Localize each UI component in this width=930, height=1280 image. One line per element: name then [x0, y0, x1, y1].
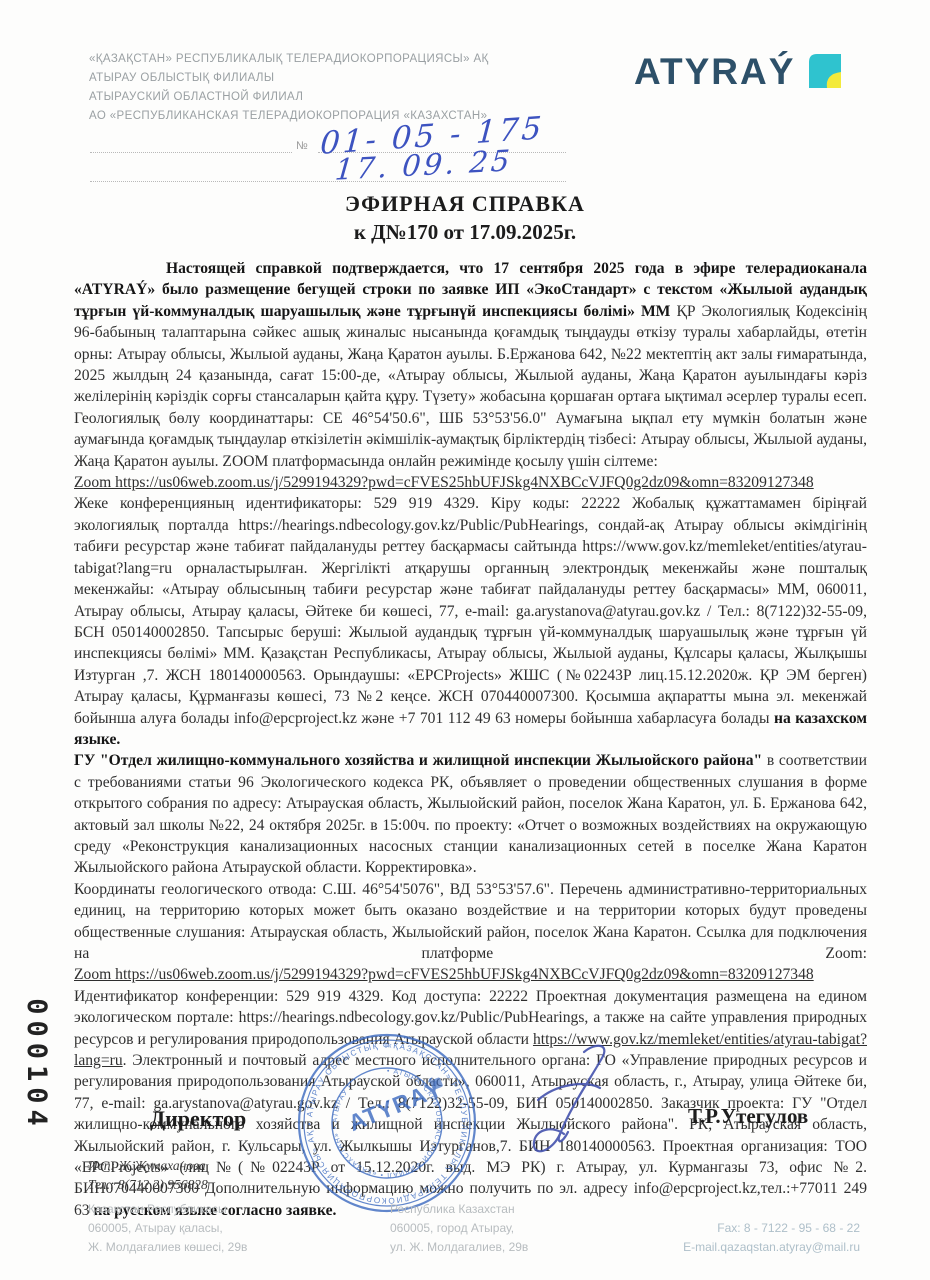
org-line-kk-2: АТЫРАУ ОБЛЫСТЫҚ ФИЛИАЛЫ: [89, 69, 489, 88]
footer-contact: Fax: 8 - 7122 - 95 - 68 - 22 E-mail.qaza…: [600, 1200, 860, 1257]
atyrau-logo: ATYRAÝ: [634, 52, 845, 95]
org-line-ru-1: АТЫРАУСКИЙ ОБЛАСТНОЙ ФИЛИАЛ: [89, 88, 489, 107]
logo-square-icon: [805, 52, 845, 95]
title-line-1: ЭФИРНАЯ СПРАВКА: [0, 191, 930, 217]
text-run: Zoom https://us06web.zoom.us/j/529919432…: [74, 474, 814, 491]
executor-phone-line: Тел.: 8(712 2) 956828: [88, 1175, 208, 1194]
text-run: в соответствии с требованиями статьи 96 …: [74, 752, 867, 876]
body-paragraph-kk-details: Жеке конференцияның идентификаторы: 529 …: [74, 493, 867, 750]
text-run: Жеке конференцияның идентификаторы: 529 …: [74, 495, 867, 726]
footer-address-kk: Қазақстан Республикасы 060005, Атырау қа…: [88, 1200, 247, 1257]
footer-email-line: E-mail.qazaqstan.atyray@mail.ru: [600, 1238, 860, 1257]
ref-underline-3: [90, 181, 566, 182]
footer-kk-line-1: Қазақстан Республикасы: [88, 1200, 247, 1219]
footer-kk-line-2: 060005, Атырау қаласы,: [88, 1219, 247, 1238]
footer-fax-line: Fax: 8 - 7122 - 95 - 68 - 22: [600, 1219, 860, 1238]
org-line-kk-1: «ҚАЗАҚСТАН» РЕСПУБЛИКАЛЫҚ ТЕЛЕРАДИОКОРПО…: [89, 50, 489, 69]
text-run: Zoom https://us06web.zoom.us/j/529919432…: [74, 966, 814, 983]
logo-wordmark: ATYRAÝ: [634, 52, 795, 92]
text-run: Координаты геологического отвода: С.Ш. 4…: [74, 881, 867, 962]
footer-kk-line-3: Ж. Молдағалиев көшесі, 29в: [88, 1238, 247, 1257]
director-label: Директор: [150, 1106, 246, 1132]
ref-underline-1: [90, 152, 292, 153]
text-run: ҚР Экологиялық Кодексінің 96-бабының тал…: [74, 303, 867, 470]
body-paragraph-kk-intro: Настоящей справкой подтверждается, что 1…: [74, 258, 867, 472]
footer-ru-line-3: ул. Ж. Молдагалиев, 29в: [390, 1238, 528, 1257]
footer-address-ru: Республика Казахстан 060005, город Атыра…: [390, 1200, 528, 1257]
document-serial-number: 000104: [18, 984, 52, 1146]
footer-ru-line-2: 060005, город Атырау,: [390, 1219, 528, 1238]
body-paragraph-ru-intro: ГУ "Отдел жилищно-коммунального хозяйств…: [74, 750, 867, 878]
footer-ru-line-1: Республика Казахстан: [390, 1200, 528, 1219]
executor-name-line: Исп: Ж.Жумаханова: [88, 1156, 208, 1175]
executor-note: Исп: Ж.Жумаханова Тел.: 8(712 2) 956828: [88, 1156, 208, 1194]
number-sign: №: [296, 140, 308, 152]
zoom-link-line-kk: Zoom https://us06web.zoom.us/j/529919432…: [74, 472, 867, 493]
zoom-link-line-ru: Zoom https://us06web.zoom.us/j/529919432…: [74, 964, 867, 985]
body-paragraph-ru-coordinates: Координаты геологического отвода: С.Ш. 4…: [74, 879, 867, 965]
director-name: Т.Р.Утегулов: [688, 1104, 808, 1129]
document-page: «ҚАЗАҚСТАН» РЕСПУБЛИКАЛЫҚ ТЕЛЕРАДИОКОРПО…: [0, 0, 930, 1280]
title-line-2: к Д№170 от 17.09.2025г.: [0, 220, 930, 245]
text-run: ГУ "Отдел жилищно-коммунального хозяйств…: [74, 752, 762, 769]
document-title: ЭФИРНАЯ СПРАВКА к Д№170 от 17.09.2025г.: [0, 191, 930, 245]
letterhead-org-block: «ҚАЗАҚСТАН» РЕСПУБЛИКАЛЫҚ ТЕЛЕРАДИОКОРПО…: [89, 50, 489, 126]
document-body: Настоящей справкой подтверждается, что 1…: [74, 258, 867, 1221]
